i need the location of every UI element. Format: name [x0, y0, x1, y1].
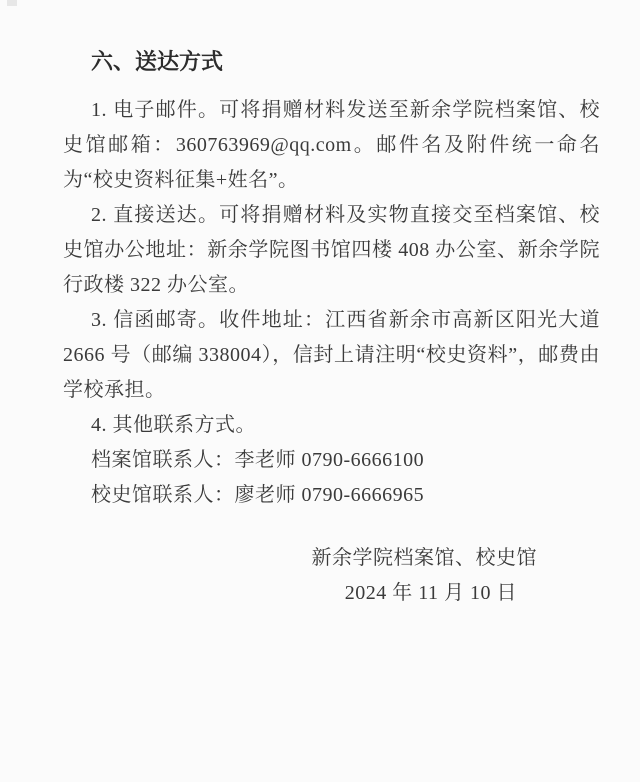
paragraph-direct-delivery: 2. 直接送达。可将捐赠材料及实物直接交至档案馆、校史馆办公地址：新余学院图书馆… — [63, 198, 600, 303]
signoff-date: 2024 年 11 月 10 日 — [63, 576, 517, 611]
signoff-organization: 新余学院档案馆、校史馆 — [63, 541, 537, 576]
document-page: 六、送达方式 1. 电子邮件。可将捐赠材料发送至新余学院档案馆、校史馆邮箱：36… — [0, 0, 640, 782]
paragraph-postal-delivery: 3. 信函邮寄。收件地址：江西省新余市高新区阳光大道 2666 号（邮编 338… — [63, 303, 600, 408]
contact-history-museum-line: 校史馆联系人：廖老师 0790-6666965 — [63, 478, 600, 513]
scan-artifact — [7, 0, 17, 6]
contact-archives-line: 档案馆联系人：李老师 0790-6666100 — [63, 443, 600, 478]
paragraph-other-contact: 4. 其他联系方式。 — [63, 408, 600, 443]
paragraph-email-delivery: 1. 电子邮件。可将捐赠材料发送至新余学院档案馆、校史馆邮箱：360763969… — [63, 93, 600, 198]
signoff-block: 新余学院档案馆、校史馆 2024 年 11 月 10 日 — [63, 541, 600, 611]
section-heading: 六、送达方式 — [63, 44, 600, 79]
